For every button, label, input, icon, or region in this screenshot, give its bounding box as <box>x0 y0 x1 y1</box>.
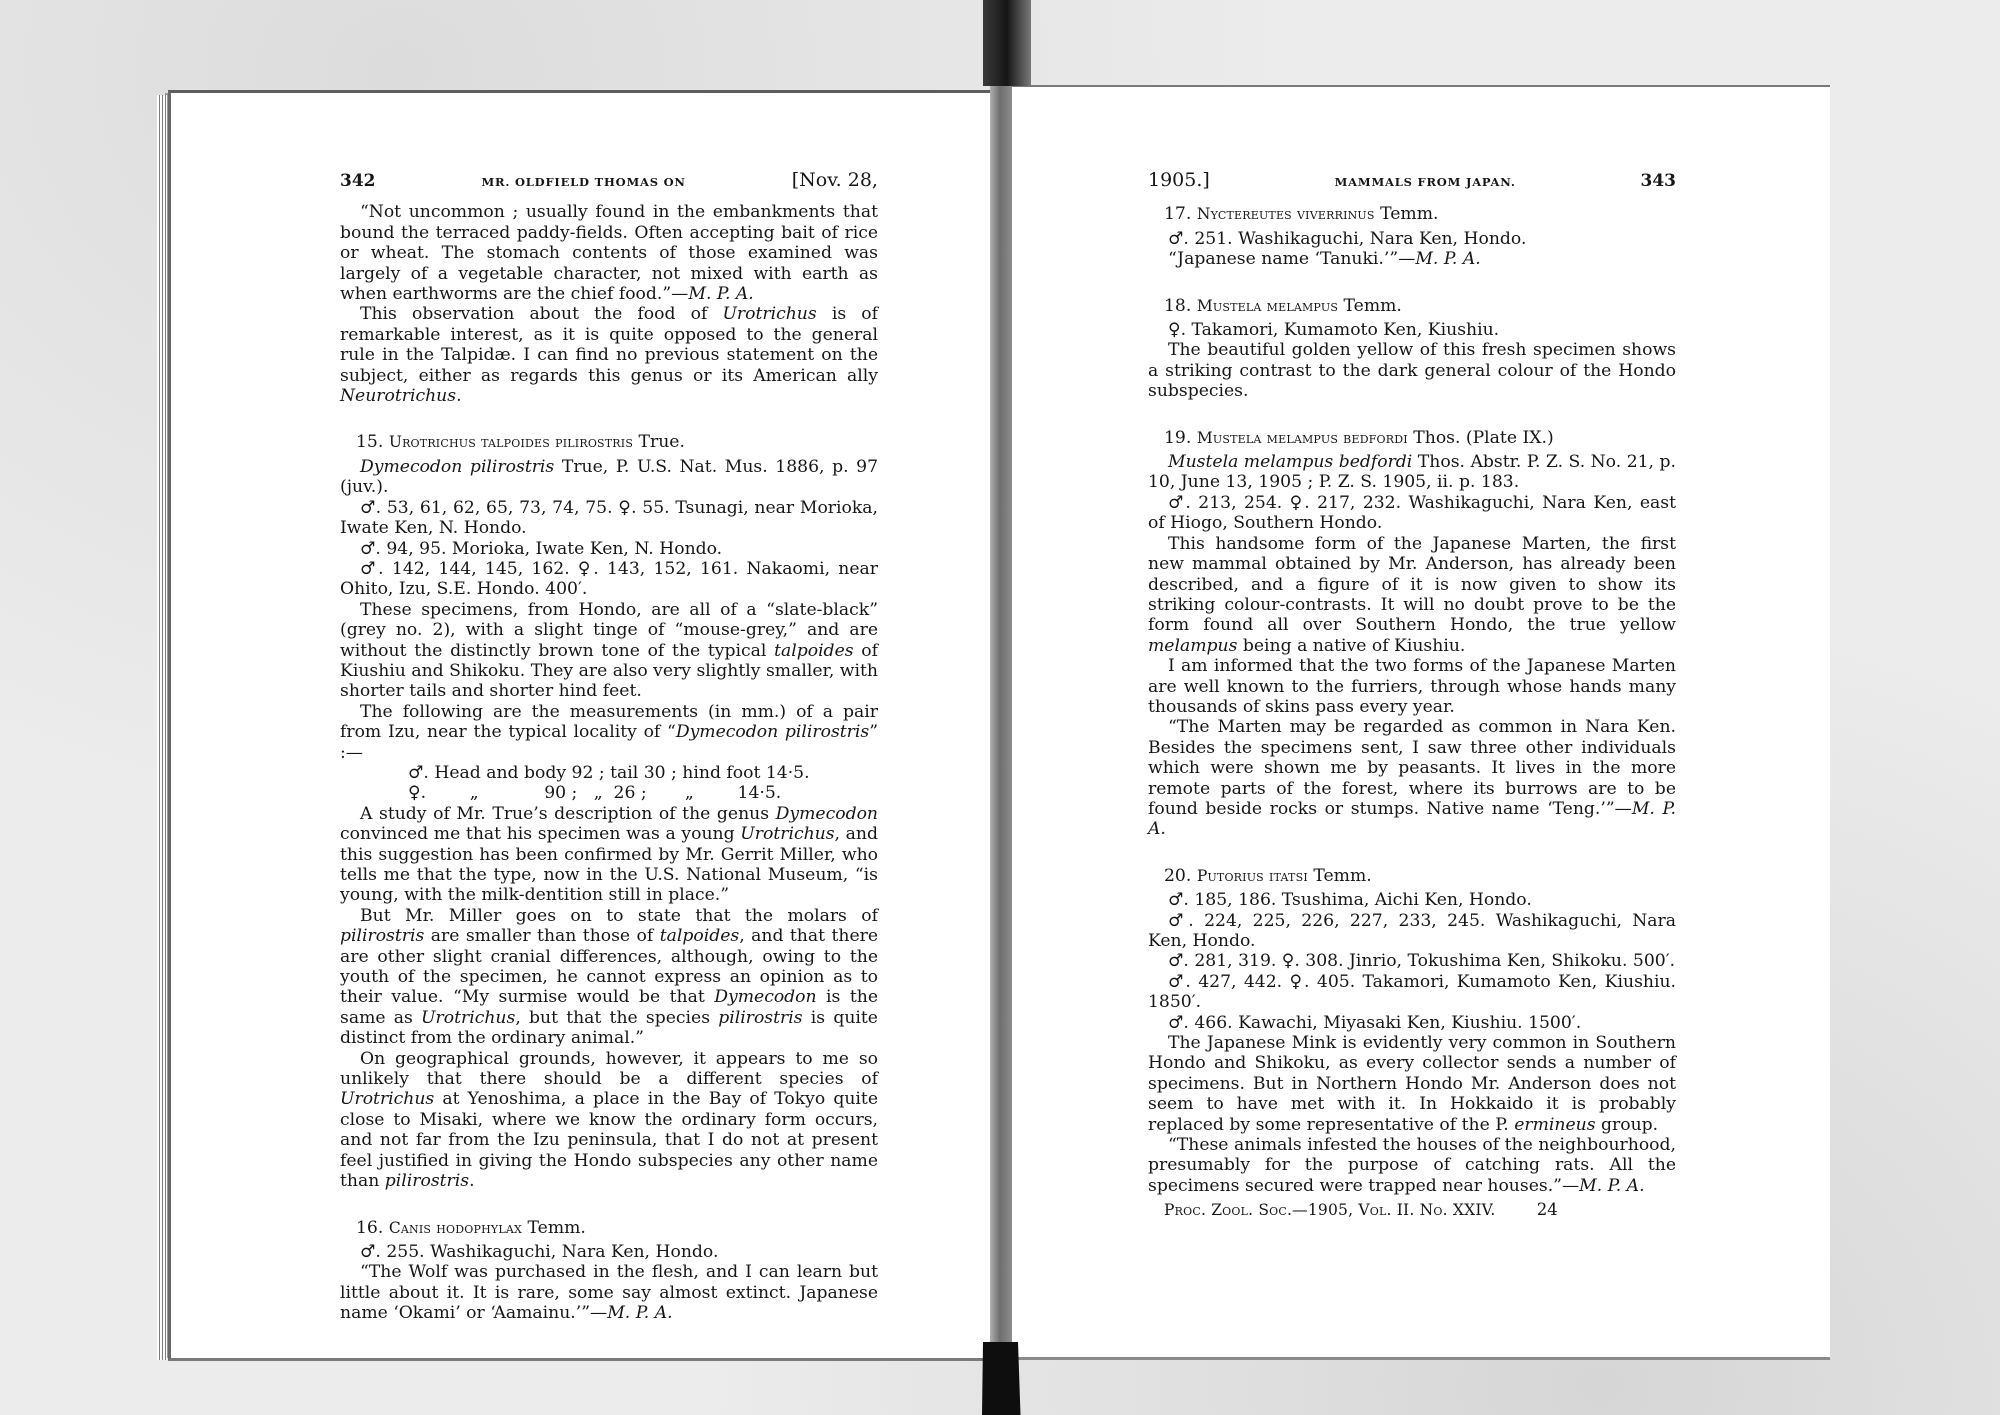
paragraph: The following are the measurements (in m… <box>340 702 878 763</box>
species-name: Putorius itatsi <box>1197 867 1308 885</box>
paragraph: The beautiful golden yellow of this fres… <box>1148 340 1676 401</box>
paragraph: This observation about the food of Urotr… <box>340 304 878 406</box>
book-gutter <box>990 0 1012 1415</box>
species-name: Canis hodophylax <box>389 1219 522 1237</box>
species-author: True. <box>639 432 685 452</box>
paragraph: Dymecodon pilirostris True, P. U.S. Nat.… <box>340 457 878 498</box>
species-number: 18. <box>1164 296 1191 316</box>
paragraph: “The Marten may be regarded as common in… <box>1148 717 1676 839</box>
paragraph: Mustela melampus bedfordi Thos. Abstr. P… <box>1148 452 1676 493</box>
species-name: Mustela melampus bedfordi <box>1197 429 1408 447</box>
paragraph: I am informed that the two forms of the … <box>1148 656 1676 717</box>
species-number: 20. <box>1164 866 1191 886</box>
species-number: 19. <box>1164 428 1191 448</box>
paragraph: “These animals infested the houses of th… <box>1148 1135 1676 1196</box>
species-author: Temm. <box>1344 296 1402 316</box>
species-author: Thos. (Plate IX.) <box>1413 428 1553 448</box>
signature-mark: 24 <box>1537 1200 1558 1219</box>
running-date: [Nov. 28, <box>792 170 878 190</box>
page-number: 343 <box>1640 171 1676 191</box>
paragraph: But Mr. Miller goes on to state that the… <box>340 906 878 1049</box>
left-running-head: 342 MR. OLDFIELD THOMAS ON [Nov. 28, <box>340 170 878 192</box>
species-author: Temm. <box>1313 866 1371 886</box>
paragraph: This handsome form of the Japanese Marte… <box>1148 534 1676 656</box>
left-page-body: “Not uncommon ; usually found in the emb… <box>340 202 878 1323</box>
paragraph: ♂. 466. Kawachi, Miyasaki Ken, Kiushiu. … <box>1148 1013 1676 1033</box>
species-number: 15. <box>356 432 383 452</box>
running-title: MR. OLDFIELD THOMAS ON <box>481 172 685 192</box>
paragraph: ♂. 251. Washikaguchi, Nara Ken, Hondo. <box>1148 229 1676 249</box>
paragraph: ♂. 281, 319. ♀. 308. Jinrio, Tokushima K… <box>1148 951 1676 971</box>
paragraph: ♂. 53, 61, 62, 65, 73, 74, 75. ♀. 55. Ts… <box>340 498 878 539</box>
paragraph: “Not uncommon ; usually found in the emb… <box>340 202 878 304</box>
paragraph: These specimens, from Hondo, are all of … <box>340 600 878 702</box>
right-running-head: 1905.] MAMMALS FROM JAPAN. 343 <box>1148 170 1676 192</box>
section-gap <box>1148 840 1676 854</box>
paragraph: “Japanese name ‘Tanuki.’”—M. P. A. <box>1148 249 1676 269</box>
section-gap <box>1148 270 1676 284</box>
paragraph: ♂. 94, 95. Morioka, Iwate Ken, N. Hondo. <box>340 539 878 559</box>
species-number: 16. <box>356 1218 383 1238</box>
species-heading: 19. Mustela melampus bedfordi Thos. (Pla… <box>1148 428 1676 448</box>
right-page-body: 17. Nyctereutes viverrinus Temm.♂. 251. … <box>1148 204 1676 1196</box>
running-date: 1905.] <box>1148 170 1210 190</box>
measurement-line: ♀. „ 90 ; „ 26 ; „ 14·5. <box>340 783 878 803</box>
right-page-column: 1905.] MAMMALS FROM JAPAN. 343 17. Nycte… <box>1148 170 1676 1221</box>
species-name: Mustela melampus <box>1197 297 1338 315</box>
species-name: Nyctereutes viverrinus <box>1197 205 1375 223</box>
paragraph: ♂. 255. Washikaguchi, Nara Ken, Hondo. <box>340 1242 878 1262</box>
paragraph: The Japanese Mink is evidently very comm… <box>1148 1033 1676 1135</box>
paragraph: ♂. 427, 442. ♀. 405. Takamori, Kumamoto … <box>1148 972 1676 1013</box>
species-heading: 17. Nyctereutes viverrinus Temm. <box>1148 204 1676 224</box>
species-author: Temm. <box>528 1218 586 1238</box>
paragraph: “The Wolf was purchased in the flesh, an… <box>340 1262 878 1323</box>
left-page-column: 342 MR. OLDFIELD THOMAS ON [Nov. 28, “No… <box>340 170 878 1324</box>
journal-citation: Proc. Zool. Soc.—1905, Vol. II. No. XXIV… <box>1164 1201 1495 1219</box>
binding-shadow-top <box>983 0 1031 86</box>
species-author: Temm. <box>1380 204 1438 224</box>
paragraph: ♂. 213, 254. ♀. 217, 232. Washikaguchi, … <box>1148 493 1676 534</box>
paragraph: ♂. 142, 144, 145, 162. ♀. 143, 152, 161.… <box>340 559 878 600</box>
species-number: 17. <box>1164 204 1191 224</box>
species-name: Urotrichus talpoides pilirostris <box>389 433 633 451</box>
species-heading: 16. Canis hodophylax Temm. <box>340 1218 878 1238</box>
paragraph: On geographical grounds, however, it app… <box>340 1049 878 1192</box>
section-gap <box>1148 402 1676 416</box>
paragraph: A study of Mr. True’s description of the… <box>340 804 878 906</box>
section-gap <box>340 1192 878 1206</box>
measurement-line: ♂. Head and body 92 ; tail 30 ; hind foo… <box>340 763 878 783</box>
species-heading: 18. Mustela melampus Temm. <box>1148 296 1676 316</box>
paragraph: ♂. 224, 225, 226, 227, 233, 245. Washika… <box>1148 911 1676 952</box>
page-number: 342 <box>340 171 376 191</box>
journal-footer: Proc. Zool. Soc.—1905, Vol. II. No. XXIV… <box>1148 1200 1676 1220</box>
section-gap <box>340 406 878 420</box>
species-heading: 15. Urotrichus talpoides pilirostris Tru… <box>340 432 878 452</box>
paragraph: ♂. 185, 186. Tsushima, Aichi Ken, Hondo. <box>1148 890 1676 910</box>
paragraph: ♀. Takamori, Kumamoto Ken, Kiushiu. <box>1148 320 1676 340</box>
running-title: MAMMALS FROM JAPAN. <box>1335 172 1516 192</box>
species-heading: 20. Putorius itatsi Temm. <box>1148 866 1676 886</box>
